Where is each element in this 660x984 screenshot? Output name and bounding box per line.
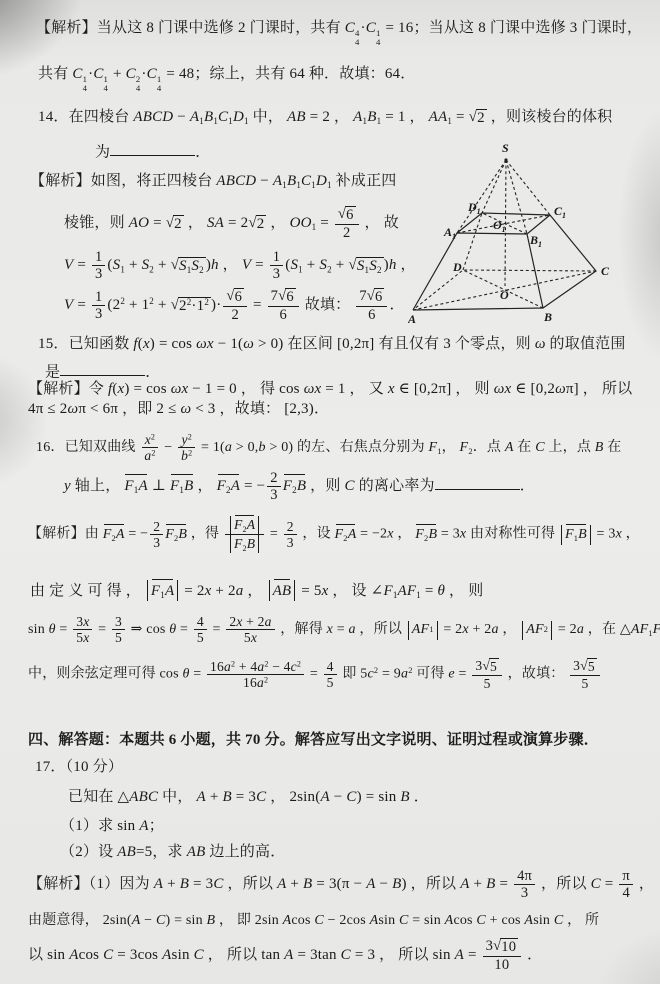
q16-analysis-line-2: 由 定 义 可 得 ， F1A = 2x + 2a ， AB = 5x ， 设 … xyxy=(30,580,483,601)
q15-analysis-line-1: 【解析】令 f(x) = cos ωx − 1 = 0 ， 得 cos ωx =… xyxy=(28,379,632,399)
label-O1: O1 xyxy=(493,218,506,234)
question-17-number: 17．（10 分） xyxy=(35,757,123,777)
q16-analysis-line-3: sin θ = 3x5x = 35 ⇒ cos θ = 45 = 2x + 2a… xyxy=(28,614,660,645)
pyramid-dashed-edges xyxy=(457,160,550,286)
label-O: O xyxy=(500,288,509,302)
question-14-blank-line: 为． xyxy=(95,141,210,163)
q17-part-2: （2）设 AB=5，求 AB 边上的高． xyxy=(60,842,285,862)
apex-dot xyxy=(504,158,507,161)
exam-solution-page: 【解析】当从这 8 门课中选修 2 门课时，共有 C44·C14 = 16；当从… xyxy=(0,0,660,984)
label-S: S xyxy=(502,141,509,155)
label-D1: D1 xyxy=(467,200,481,216)
question-16-line-2: y 轴上， F1A ⊥ F1B ， F2A = −23F2B ，则 C 的离心率… xyxy=(64,470,535,504)
q14-analysis-line-4: V = 13(22 + 12 + √22·12)·√62 = 7√66 故填： … xyxy=(64,288,405,323)
question-15-line-1: 15．已知函数 f(x) = cos ωx − 1(ω > 0) 在区间 [0,… xyxy=(38,334,626,354)
q14-analysis-line-3: V = 13(S1 + S2 + √S1S2)h ， V = 13(S1 + S… xyxy=(64,249,416,283)
label-D: D xyxy=(452,260,462,274)
label-B1: B1 xyxy=(529,233,542,249)
q17-analysis-line-3: 以 sin Acos C = 3cos Asin C ， 所以 tan A = … xyxy=(28,938,542,973)
section-4-header: 四、解答题：本题共 6 小题，共 70 分。解答应写出文字说明、证明过程或演算步… xyxy=(28,730,599,750)
q16-analysis-line-1: 【解析】由 F2A = −23F2B ，得 F2AF2B = 23 ，设 F2A… xyxy=(28,516,640,553)
q17-part-1: （1）求 sin A； xyxy=(60,816,164,836)
question-16-line-1: 16．已知双曲线 x2a2 − y2b2 = 1(a > 0,b > 0) 的左… xyxy=(36,432,621,463)
q17-analysis-line-2: 由题意得， 2sin(A − C) = sin B ， 即 2sin Acos … xyxy=(28,912,599,931)
q17-given-conditions: 已知在 △ABC 中， A + B = 3C ， 2sin(A − C) = s… xyxy=(68,787,429,807)
q17-analysis-line-1: 【解析】（1）因为 A + B = 3C ，所以 A + B = 3(π − A… xyxy=(28,868,654,902)
label-A: A xyxy=(408,312,416,326)
q14-analysis-line-1: 【解析】如图，将正四棱台 ABCD − A1B1C1D1 补成正四 xyxy=(30,171,396,191)
label-A1: A1 xyxy=(443,225,456,241)
q14-analysis-line-2: 棱锥，则 AO = √2 ， SA = 2√2 ， OO1 = √62 ， 故 xyxy=(64,206,399,241)
label-C1: C1 xyxy=(554,204,566,220)
question-14-line-1: 14．在四棱台 ABCD − A1B1C1D1 中， AB = 2 ， A1B1… xyxy=(38,107,612,127)
label-B: B xyxy=(543,310,552,324)
label-C: C xyxy=(601,264,610,278)
q15-analysis-line-2: 4π ≤ 2ωπ < 6π ，即 2 ≤ ω < 3 ，故填： [2,3)． xyxy=(28,399,329,419)
answer-13-analysis-line-1: 【解析】当从这 8 门课中选修 2 门课时，共有 C44·C14 = 16；当从… xyxy=(36,18,642,47)
frustum-pyramid-figure: S D1 C1 A1 O1 B1 D C O B A xyxy=(408,131,660,331)
answer-13-analysis-line-2: 共有 C14·C14 + C24·C14 = 48；综上，共有 64 种．故填：… xyxy=(38,64,415,93)
q16-analysis-line-4: 中，则余弦定理可得 cos θ = 16a2 + 4a2 − 4c216a2 =… xyxy=(28,658,602,691)
